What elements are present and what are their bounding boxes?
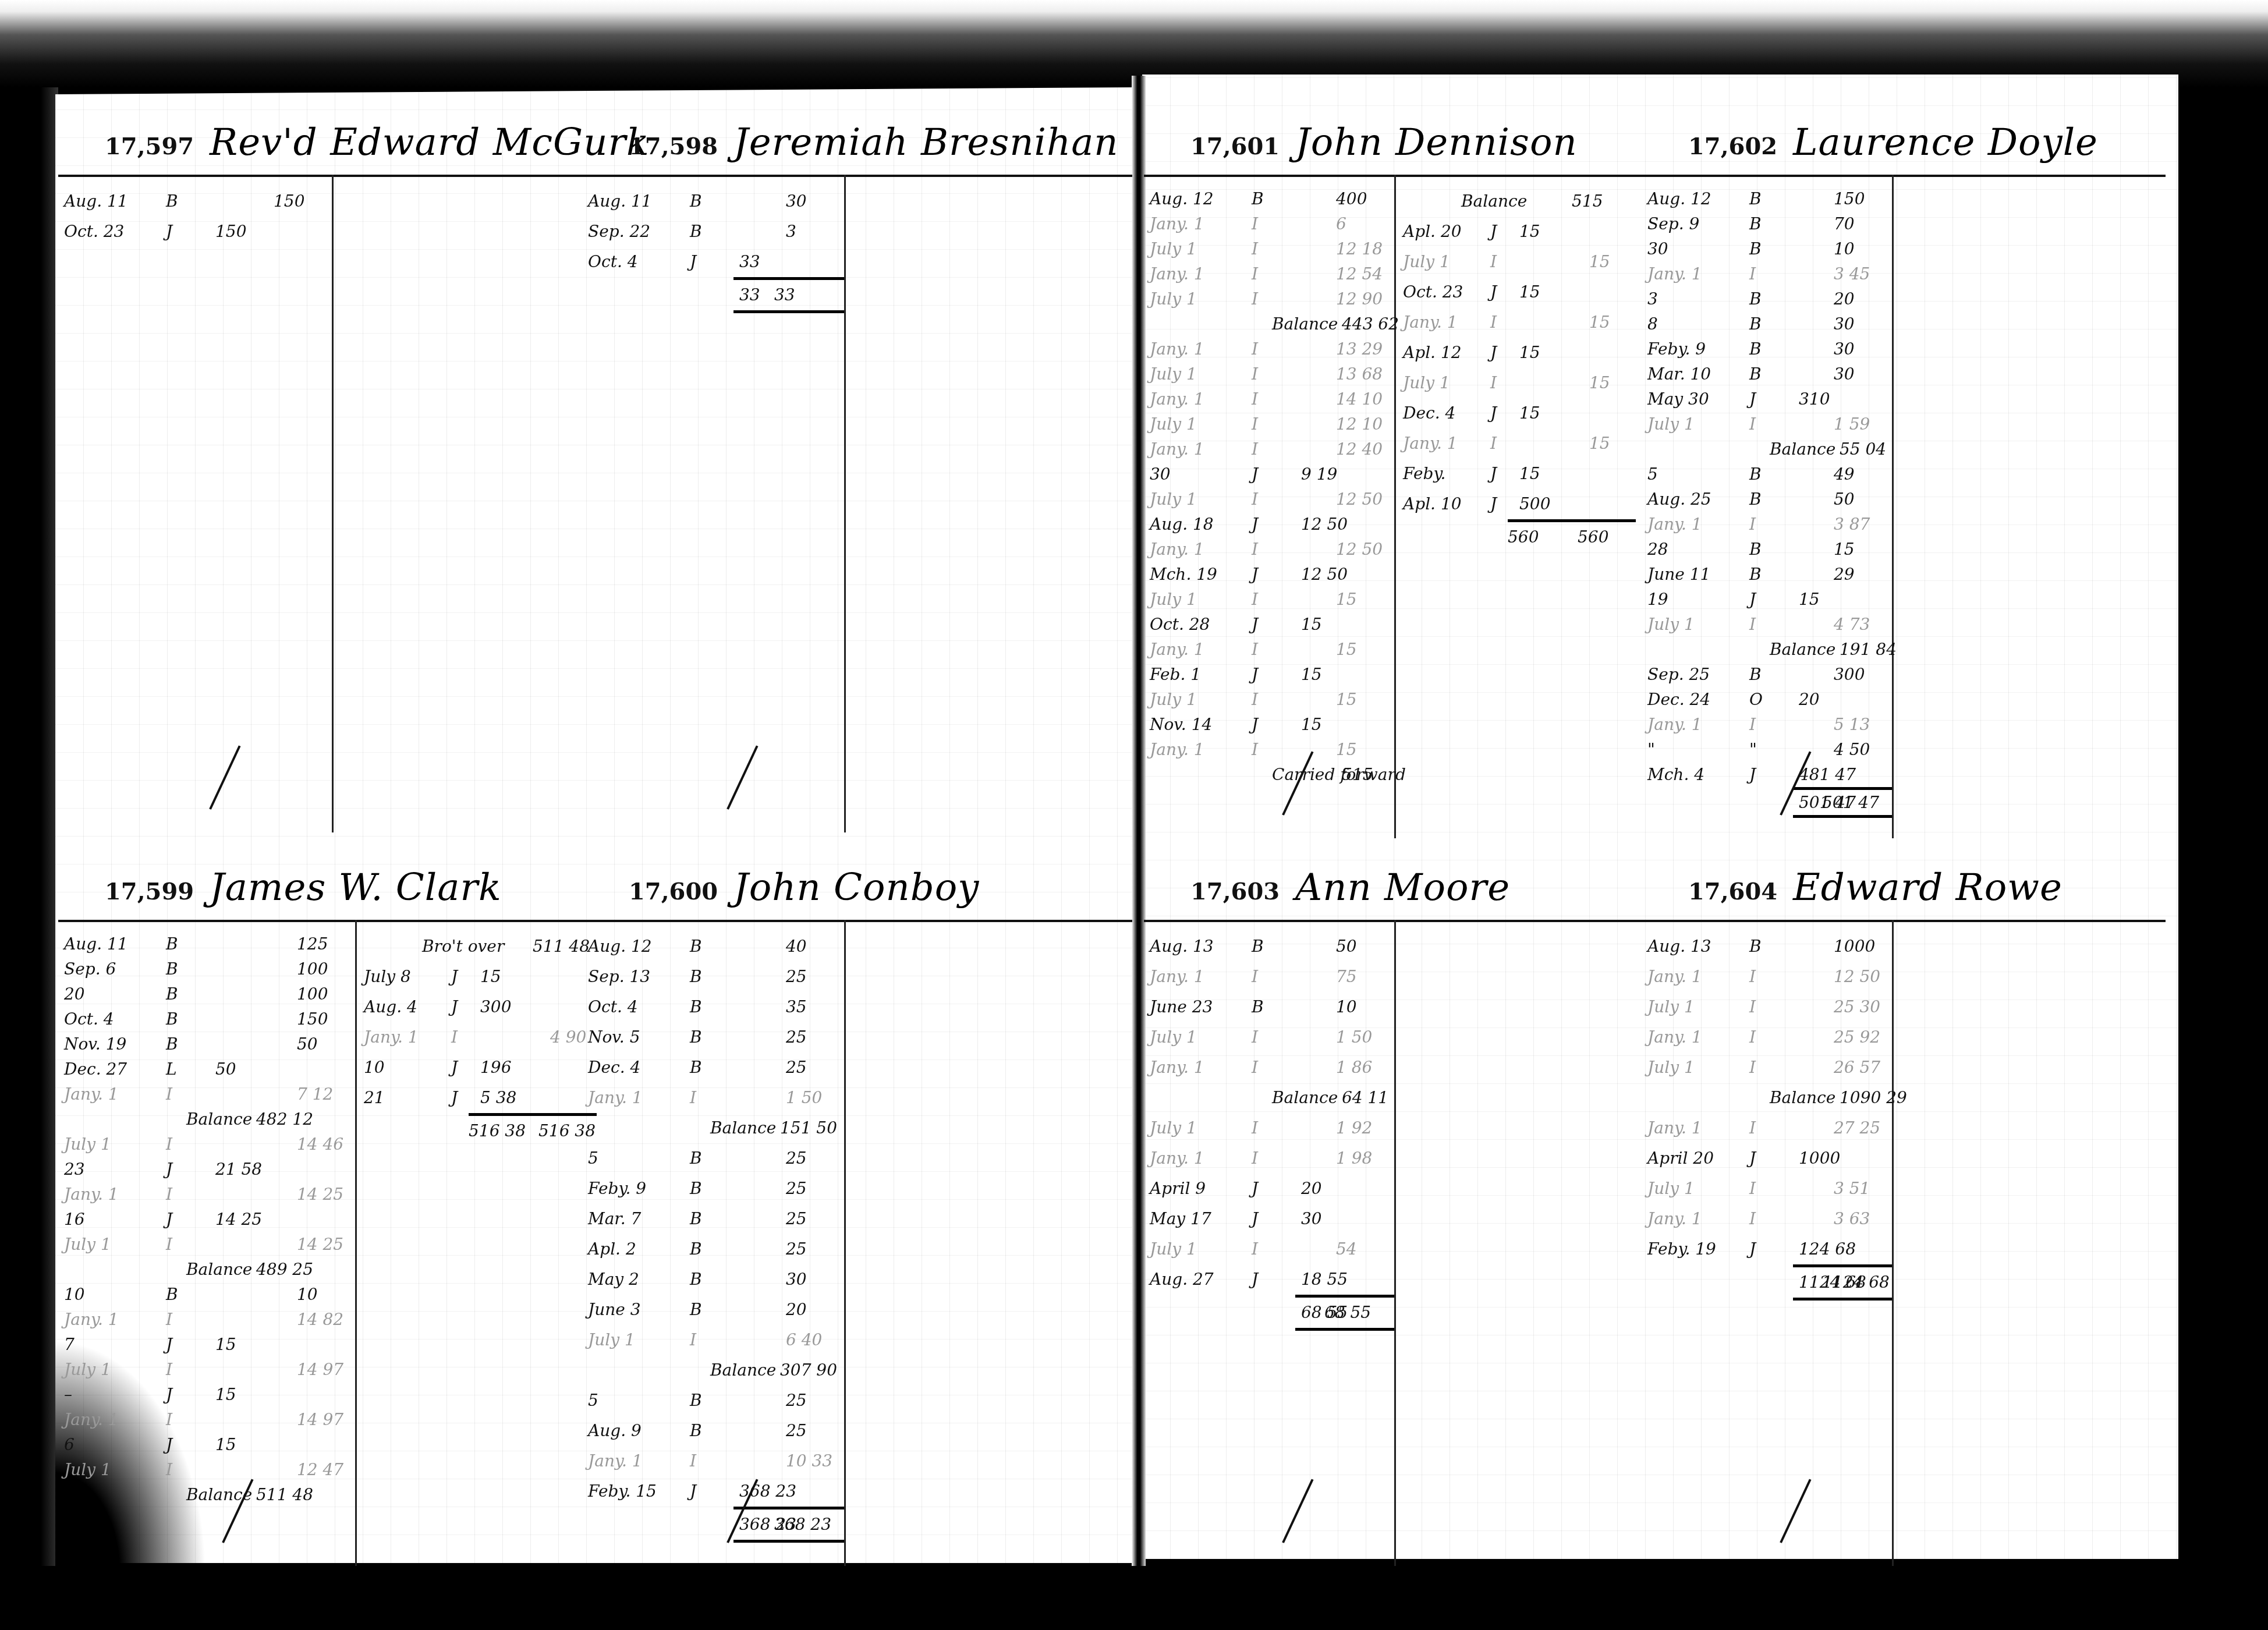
- entry-ref: I: [1490, 247, 1497, 277]
- entry-debit: 100: [297, 981, 328, 1007]
- entry-ref: I: [1749, 1022, 1756, 1053]
- entry-debit: 14 46: [297, 1132, 343, 1157]
- entry-ref: B: [1749, 336, 1762, 362]
- entry-date: Aug. 25: [1647, 487, 1735, 512]
- ledger-entry: Feby.J15: [1403, 459, 1531, 489]
- entry-debit: 70: [1834, 211, 1855, 236]
- entry-date: Dec. 24: [1647, 687, 1735, 712]
- ledger-entry: 10J196: [364, 1053, 492, 1083]
- ledger-entry: 30B10: [1647, 236, 1746, 261]
- entry-ref: I: [690, 1083, 696, 1113]
- column-rule: [1892, 920, 1894, 1566]
- entry-ref: J: [1490, 217, 1497, 247]
- ledger-entry: 21J5 38: [364, 1083, 492, 1113]
- entry-ref: B: [690, 931, 702, 962]
- ledger-entry: Jany. 1I12 50: [1647, 962, 1746, 992]
- entry-date: 19: [1647, 587, 1735, 612]
- entry-date: Jany. 1: [1647, 261, 1735, 286]
- totals-row: 516 38516 38: [364, 1116, 492, 1146]
- entry-debit: 1000: [1834, 931, 1875, 962]
- entry-ref: I: [1749, 992, 1756, 1022]
- entry-debit: 30: [786, 1264, 807, 1295]
- entry-ref: I: [1749, 612, 1756, 637]
- ledger-entry: June 23B10: [1150, 992, 1249, 1022]
- entry-debit: 150: [274, 186, 304, 217]
- entry-credit: 30: [1301, 1204, 1322, 1234]
- ledger-entry: Apl. 20J15: [1403, 217, 1531, 247]
- entry-date: April 20: [1647, 1143, 1735, 1174]
- entry-credit: 15: [215, 1332, 236, 1357]
- entry-date: Mar. 7: [588, 1204, 675, 1234]
- entry-credit: 1000: [1799, 1143, 1840, 1174]
- entry-ref: I: [1252, 211, 1258, 236]
- entry-date: 21: [364, 1083, 451, 1113]
- entry-ref: I: [1749, 962, 1756, 992]
- entry-debit: 50: [1834, 487, 1855, 512]
- entry-debit: 29: [1834, 562, 1855, 587]
- entry-ref: I: [1252, 637, 1258, 662]
- entry-date: Oct. 4: [64, 1007, 151, 1032]
- balance-label: Balance: [710, 1113, 776, 1143]
- entry-ref: B: [166, 1282, 178, 1307]
- entry-date: May 2: [588, 1264, 675, 1295]
- entry-credit: 20: [1799, 687, 1820, 712]
- ledger-entry: July 1I6 40: [588, 1325, 699, 1355]
- entry-debit: 30: [1834, 362, 1855, 387]
- entry-ref: J: [1749, 587, 1756, 612]
- ledger-entry: Aug. 13B50: [1150, 931, 1249, 962]
- entry-list: Aug. 13B1000Jany. 1I12 50July 1I25 30Jan…: [1647, 931, 1746, 1301]
- entry-debit: 1 92: [1336, 1113, 1372, 1143]
- entry-date: July 1: [1150, 1113, 1237, 1143]
- account-header: 17,603Ann Moore: [1144, 850, 1642, 922]
- entry-date: Feb. 1: [1150, 662, 1237, 687]
- entry-date: Aug. 12: [1647, 186, 1735, 211]
- account-number: 17,603: [1190, 878, 1280, 905]
- entry-date: 5: [588, 1385, 675, 1416]
- ledger-entry: Feby. 19J124 68: [1647, 1234, 1746, 1264]
- ledger-entry: Jany. 1I5 13: [1647, 712, 1746, 737]
- ledger-entry: April 9J20: [1150, 1174, 1249, 1204]
- entry-debit: 30: [1834, 336, 1855, 362]
- entry-ref: J: [1252, 1204, 1258, 1234]
- entry-ref: B: [690, 962, 702, 992]
- entry-debit: 12 50: [1336, 537, 1383, 562]
- entry-ref: B: [690, 992, 702, 1022]
- entry-ref: J: [1490, 277, 1497, 307]
- entry-credit: 5 38: [480, 1083, 516, 1113]
- entry-ref: L: [166, 1057, 177, 1082]
- entry-debit: 15: [1589, 368, 1610, 398]
- ledger-entry: Aug. 12B150: [1647, 186, 1746, 211]
- entry-debit: 15: [1834, 537, 1855, 562]
- entry-ref: ": [1749, 737, 1757, 762]
- column-rule: [844, 175, 846, 832]
- settled-check-mark: [1282, 1479, 1313, 1543]
- entry-ref: J: [166, 1207, 172, 1232]
- ledger-entry: Jany. 1I25 92: [1647, 1022, 1746, 1053]
- ledger-entry: Aug. 13B1000: [1647, 931, 1746, 962]
- ledger-entry: Oct. 4B35: [588, 992, 699, 1022]
- entry-date: 23: [64, 1157, 151, 1182]
- entry-ref: I: [1252, 286, 1258, 311]
- entry-list: Aug. 13B50Jany. 1I75June 23B10July 1I1 5…: [1150, 931, 1249, 1331]
- column-rule: [1892, 175, 1894, 838]
- entry-date: Feby. 9: [1647, 336, 1735, 362]
- entry-debit: 6 40: [786, 1325, 822, 1355]
- entry-date: May 17: [1150, 1204, 1237, 1234]
- entry-ref: I: [1490, 368, 1497, 398]
- account-header: 17,600John Conboy: [582, 850, 1132, 922]
- entry-ref: J: [1252, 612, 1258, 637]
- entry-ref: B: [166, 981, 178, 1007]
- entry-ref: I: [166, 1232, 172, 1257]
- entry-date: 10: [64, 1282, 151, 1307]
- entry-credit: 15: [1301, 612, 1322, 637]
- ledger-entry: Feby. 15J368 23: [588, 1476, 699, 1507]
- entry-debit: 10 33: [786, 1446, 832, 1476]
- entry-ref: I: [1252, 336, 1258, 362]
- entry-ref: J: [1252, 712, 1258, 737]
- entry-debit: 30: [786, 186, 807, 217]
- entry-ref: J: [451, 1083, 458, 1113]
- entry-ref: I: [1252, 1022, 1258, 1053]
- entry-debit: 25: [786, 1143, 807, 1174]
- entry-debit: 7 12: [297, 1082, 333, 1107]
- entry-date: 6: [64, 1432, 151, 1457]
- entry-ref: J: [451, 992, 458, 1022]
- entry-date: Jany. 1: [64, 1407, 151, 1432]
- ledger-entry: Jany. 1I3 87: [1647, 512, 1746, 537]
- entry-date: Oct. 4: [588, 247, 675, 277]
- entry-credit: 124 68: [1799, 1234, 1856, 1264]
- entry-ref: B: [166, 931, 178, 956]
- total-debit: 368 23: [774, 1509, 831, 1540]
- entry-date: 8: [1647, 311, 1735, 336]
- entry-debit: 1 50: [1336, 1022, 1372, 1053]
- entry-date: Aug. 13: [1647, 931, 1735, 962]
- entry-debit: 25: [786, 1385, 807, 1416]
- ledger-entry: 19J15: [1647, 587, 1746, 612]
- ledger-entry: July 1I4 73: [1647, 612, 1746, 637]
- entry-date: Jany. 1: [1150, 962, 1237, 992]
- entry-date: ": [1647, 737, 1735, 762]
- entry-debit: 25 92: [1834, 1022, 1880, 1053]
- ledger-entry: Aug. 11B30: [588, 186, 699, 217]
- account-header: 17,597Rev'd Edward McGurk: [58, 105, 582, 177]
- totals-row: 1124 681124 68: [1647, 1267, 1746, 1298]
- entry-ref: B: [1749, 462, 1762, 487]
- ledger-entry: Dec. 24O20: [1647, 687, 1746, 712]
- entry-date: Jany. 1: [1647, 1113, 1735, 1143]
- ledger-entry: June 11B29: [1647, 562, 1746, 587]
- entry-ref: I: [1252, 1143, 1258, 1174]
- entry-date: July 1: [64, 1232, 151, 1257]
- entry-debit: 3: [786, 217, 796, 247]
- entry-debit: 3 45: [1834, 261, 1870, 286]
- entry-ref: B: [1749, 311, 1762, 336]
- account-number: 17,604: [1688, 878, 1777, 905]
- ledger-entry: Aug. 25B50: [1647, 487, 1746, 512]
- entry-date: Aug. 12: [1150, 186, 1237, 211]
- entry-ref: I: [1252, 387, 1258, 412]
- entry-date: July 1: [1647, 412, 1735, 437]
- entry-list: Aug. 12B150Sep. 9B7030B10Jany. 1I3 453B2…: [1647, 186, 1746, 818]
- entry-date: July 1: [1647, 612, 1735, 637]
- balance-amount: 1090 29: [1840, 1083, 1907, 1113]
- settled-check-mark: [209, 745, 240, 809]
- entry-credit: 15: [1301, 712, 1322, 737]
- total-debit: 68 55: [1324, 1298, 1371, 1328]
- ledger-entry: Jany. 1I27 25: [1647, 1113, 1746, 1143]
- entry-debit: 14 82: [297, 1307, 343, 1332]
- entry-debit: 15: [1589, 428, 1610, 459]
- column-rule: [355, 920, 357, 1566]
- totals-row: 68 5568 55: [1150, 1298, 1249, 1328]
- entry-date: 28: [1647, 537, 1735, 562]
- ledger-entry: Nov. 5B25: [588, 1022, 699, 1053]
- account-holder-name: John Dennison: [1295, 121, 1578, 164]
- entry-date: May 30: [1647, 387, 1735, 412]
- account-header: 17,602Laurence Doyle: [1642, 105, 2166, 177]
- entry-debit: 75: [1336, 962, 1357, 992]
- balance-amount: 151 50: [780, 1113, 837, 1143]
- column-rule: [844, 920, 846, 1566]
- entry-debit: 25: [786, 1174, 807, 1204]
- entry-ref: J: [690, 247, 696, 277]
- entry-debit: 6: [1336, 211, 1346, 236]
- entry-debit: 54: [1336, 1234, 1357, 1264]
- ledger-entry: 8B30: [1647, 311, 1746, 336]
- entry-ref: I: [451, 1022, 458, 1053]
- account-number: 17,600: [629, 878, 718, 905]
- entry-debit: 12 40: [1336, 437, 1383, 462]
- entry-date: 3: [1647, 286, 1735, 311]
- total-credit: 33: [739, 280, 760, 310]
- account-number: 17,598: [629, 133, 718, 160]
- entry-debit: 25: [786, 1416, 807, 1446]
- entry-date: Sep. 9: [1647, 211, 1735, 236]
- column-rule: [332, 175, 334, 832]
- ledger-account: 17,597Rev'd Edward McGurkAug. 11B150Oct.…: [58, 105, 582, 832]
- entry-debit: 4 73: [1834, 612, 1870, 637]
- ledger-account: 17,599James W. ClarkAug. 11B125Sep. 6B10…: [58, 850, 582, 1566]
- balance-amount: 307 90: [780, 1355, 837, 1385]
- entry-date: Jany. 1: [1150, 437, 1237, 462]
- entry-date: 30: [1647, 236, 1735, 261]
- total-credit: 516 38: [469, 1116, 526, 1146]
- ledger-entry: Mar. 10B30: [1647, 362, 1746, 387]
- ledger-entry: Jany. 1I1 50: [588, 1083, 699, 1113]
- entry-debit: 1 86: [1336, 1053, 1372, 1083]
- entry-debit: 30: [1834, 311, 1855, 336]
- ledger-entry: Balance64 11: [1150, 1083, 1249, 1113]
- entry-date: Dec. 27: [64, 1057, 151, 1082]
- entry-date: 20: [64, 981, 151, 1007]
- entry-ref: I: [690, 1325, 696, 1355]
- entry-debit: 35: [786, 992, 807, 1022]
- entry-debit: 20: [1834, 286, 1855, 311]
- entry-credit: 15: [1519, 277, 1540, 307]
- balance-amount: 443 62: [1342, 311, 1399, 336]
- entry-date: Jany. 1: [1403, 307, 1490, 338]
- continuation-list: Bro't over511 48July 8J15Aug. 4J300Jany.…: [364, 931, 492, 1146]
- entry-ref: J: [166, 1157, 172, 1182]
- balance-amount: 489 25: [256, 1257, 313, 1282]
- entry-ref: B: [1749, 286, 1762, 311]
- entry-date: Jany. 1: [1150, 737, 1237, 762]
- entry-date: July 1: [1150, 286, 1237, 311]
- entry-date: Jany. 1: [1647, 1022, 1735, 1053]
- balance-amount: 64 11: [1342, 1083, 1388, 1113]
- entry-ref: B: [166, 1032, 178, 1057]
- ledger-entry: Apl. 12J15: [1403, 338, 1531, 368]
- ledger-entry: July 1I1 50: [1150, 1022, 1249, 1053]
- balance-amount: 515: [1342, 762, 1373, 787]
- ledger-entry: July 1I1 92: [1150, 1113, 1249, 1143]
- entry-debit: 150: [297, 1007, 328, 1032]
- entry-ref: J: [1252, 462, 1258, 487]
- account-header: 17,601John Dennison: [1144, 105, 1642, 177]
- entry-debit: 40: [786, 931, 807, 962]
- entry-debit: 15: [1336, 737, 1357, 762]
- entry-ref: B: [1252, 992, 1264, 1022]
- entry-ref: B: [1749, 186, 1762, 211]
- entry-ref: I: [166, 1407, 172, 1432]
- entry-ref: B: [1749, 537, 1762, 562]
- entry-debit: 300: [1834, 662, 1865, 687]
- ledger-entry: July 1I3 51: [1647, 1174, 1746, 1204]
- entry-ref: I: [166, 1082, 172, 1107]
- entry-date: June 23: [1150, 992, 1237, 1022]
- entry-debit: 25: [786, 962, 807, 992]
- entry-ref: I: [166, 1132, 172, 1157]
- entry-credit: 15: [1519, 459, 1540, 489]
- entry-ref: B: [690, 1295, 702, 1325]
- entry-credit: 500: [1519, 489, 1550, 519]
- entry-ref: J: [166, 1432, 172, 1457]
- entry-debit: 12 18: [1336, 236, 1383, 261]
- total-debit: 501 47: [1822, 790, 1879, 815]
- entry-debit: 12 90: [1336, 286, 1383, 311]
- entry-date: Aug. 11: [64, 931, 151, 956]
- ledger-entry: July 1I25 30: [1647, 992, 1746, 1022]
- entry-date: Aug. 13: [1150, 931, 1237, 962]
- entry-date: Jany. 1: [1647, 712, 1735, 737]
- entry-ref: B: [690, 1385, 702, 1416]
- entry-credit: 20: [1301, 1174, 1322, 1204]
- ledger-entry: Dec. 4B25: [588, 1053, 699, 1083]
- entry-credit: 150: [215, 217, 246, 247]
- entry-ref: I: [1749, 712, 1756, 737]
- entry-ref: I: [1749, 1053, 1756, 1083]
- ledger-entry: Jany. 1I3 45: [1647, 261, 1746, 286]
- entry-date: Dec. 4: [1403, 398, 1490, 428]
- entry-debit: 10: [1834, 236, 1855, 261]
- ledger-entry: Aug. 4J300: [364, 992, 492, 1022]
- ledger-entry: July 1I15: [1403, 368, 1531, 398]
- entry-credit: 310: [1799, 387, 1830, 412]
- ledger-entry: Sep. 22B3: [588, 217, 699, 247]
- entry-date: Mch. 4: [1647, 762, 1735, 787]
- entry-ref: J: [1749, 1143, 1756, 1174]
- ledger-entry: Apl. 2B25: [588, 1234, 699, 1264]
- entry-date: July 1: [1403, 247, 1490, 277]
- entry-debit: 1 50: [786, 1083, 822, 1113]
- ledger-entry: May 2B30: [588, 1264, 699, 1295]
- ledger-entry: 5B25: [588, 1143, 699, 1174]
- entry-ref: J: [166, 1382, 172, 1407]
- entry-ref: J: [1490, 338, 1497, 368]
- entry-credit: 15: [215, 1432, 236, 1457]
- ledger-entry: Balance1090 29: [1647, 1083, 1746, 1113]
- account-number: 17,599: [105, 878, 194, 905]
- entry-ref: J: [1490, 398, 1497, 428]
- entry-date: 10: [364, 1053, 451, 1083]
- entry-date: –: [64, 1382, 151, 1407]
- entry-date: Nov. 19: [64, 1032, 151, 1057]
- double-rule: [1295, 1328, 1394, 1331]
- ledger-entry: ""4 50: [1647, 737, 1746, 762]
- ledger-entry: July 1I26 57: [1647, 1053, 1746, 1083]
- entry-debit: 49: [1834, 462, 1855, 487]
- entry-debit: 25: [786, 1204, 807, 1234]
- column-rule: [1394, 175, 1396, 838]
- entry-ref: I: [1252, 412, 1258, 437]
- entry-ref: B: [1749, 931, 1762, 962]
- entry-credit: 12 50: [1301, 512, 1348, 537]
- entry-credit: 15: [1301, 662, 1322, 687]
- entry-ref: J: [1749, 387, 1756, 412]
- entry-date: July 1: [1150, 412, 1237, 437]
- ledger-entry: Mar. 7B25: [588, 1204, 699, 1234]
- ledger-entry: July 1I54: [1150, 1234, 1249, 1264]
- entry-date: July 1: [1647, 1174, 1735, 1204]
- entry-date: Aug. 18: [1150, 512, 1237, 537]
- entry-date: Apl. 10: [1403, 489, 1490, 519]
- account-holder-name: John Conboy: [733, 866, 979, 909]
- account-number: 17,597: [105, 133, 194, 160]
- totals-row: 501 47501 47: [1647, 790, 1746, 815]
- entry-list: Aug. 12B40Sep. 13B25Oct. 4B35Nov. 5B25De…: [588, 931, 699, 1543]
- entry-date: Feby.: [1403, 459, 1490, 489]
- entry-debit: 15: [1589, 247, 1610, 277]
- ledger-entry: Sep. 13B25: [588, 962, 699, 992]
- entry-credit: 15: [1799, 587, 1820, 612]
- column-rule: [1394, 920, 1396, 1566]
- ledger-entry: Jany. 1I1 86: [1150, 1053, 1249, 1083]
- entry-ref: I: [1252, 1053, 1258, 1083]
- double-rule: [733, 1540, 844, 1543]
- entry-credit: 481 47: [1799, 762, 1856, 787]
- entry-debit: 10: [297, 1282, 318, 1307]
- ledger-entry: Jany. 1I15: [1403, 428, 1531, 459]
- entry-debit: 400: [1336, 186, 1367, 211]
- entry-debit: 10: [1336, 992, 1357, 1022]
- ledger-entry: 5B25: [588, 1385, 699, 1416]
- entry-date: 5: [1647, 462, 1735, 487]
- total-debit: 560: [1578, 522, 1608, 552]
- account-holder-name: Laurence Doyle: [1793, 121, 2098, 164]
- ledger-entry: Balance151 50: [588, 1113, 699, 1143]
- settled-check-mark: [727, 745, 758, 809]
- entry-date: Apl. 2: [588, 1234, 675, 1264]
- entry-debit: 1 59: [1834, 412, 1870, 437]
- entry-ref: B: [1749, 562, 1762, 587]
- entry-ref: I: [1252, 437, 1258, 462]
- entry-debit: 15: [1336, 587, 1357, 612]
- continuation-amount: 511 48: [533, 931, 590, 962]
